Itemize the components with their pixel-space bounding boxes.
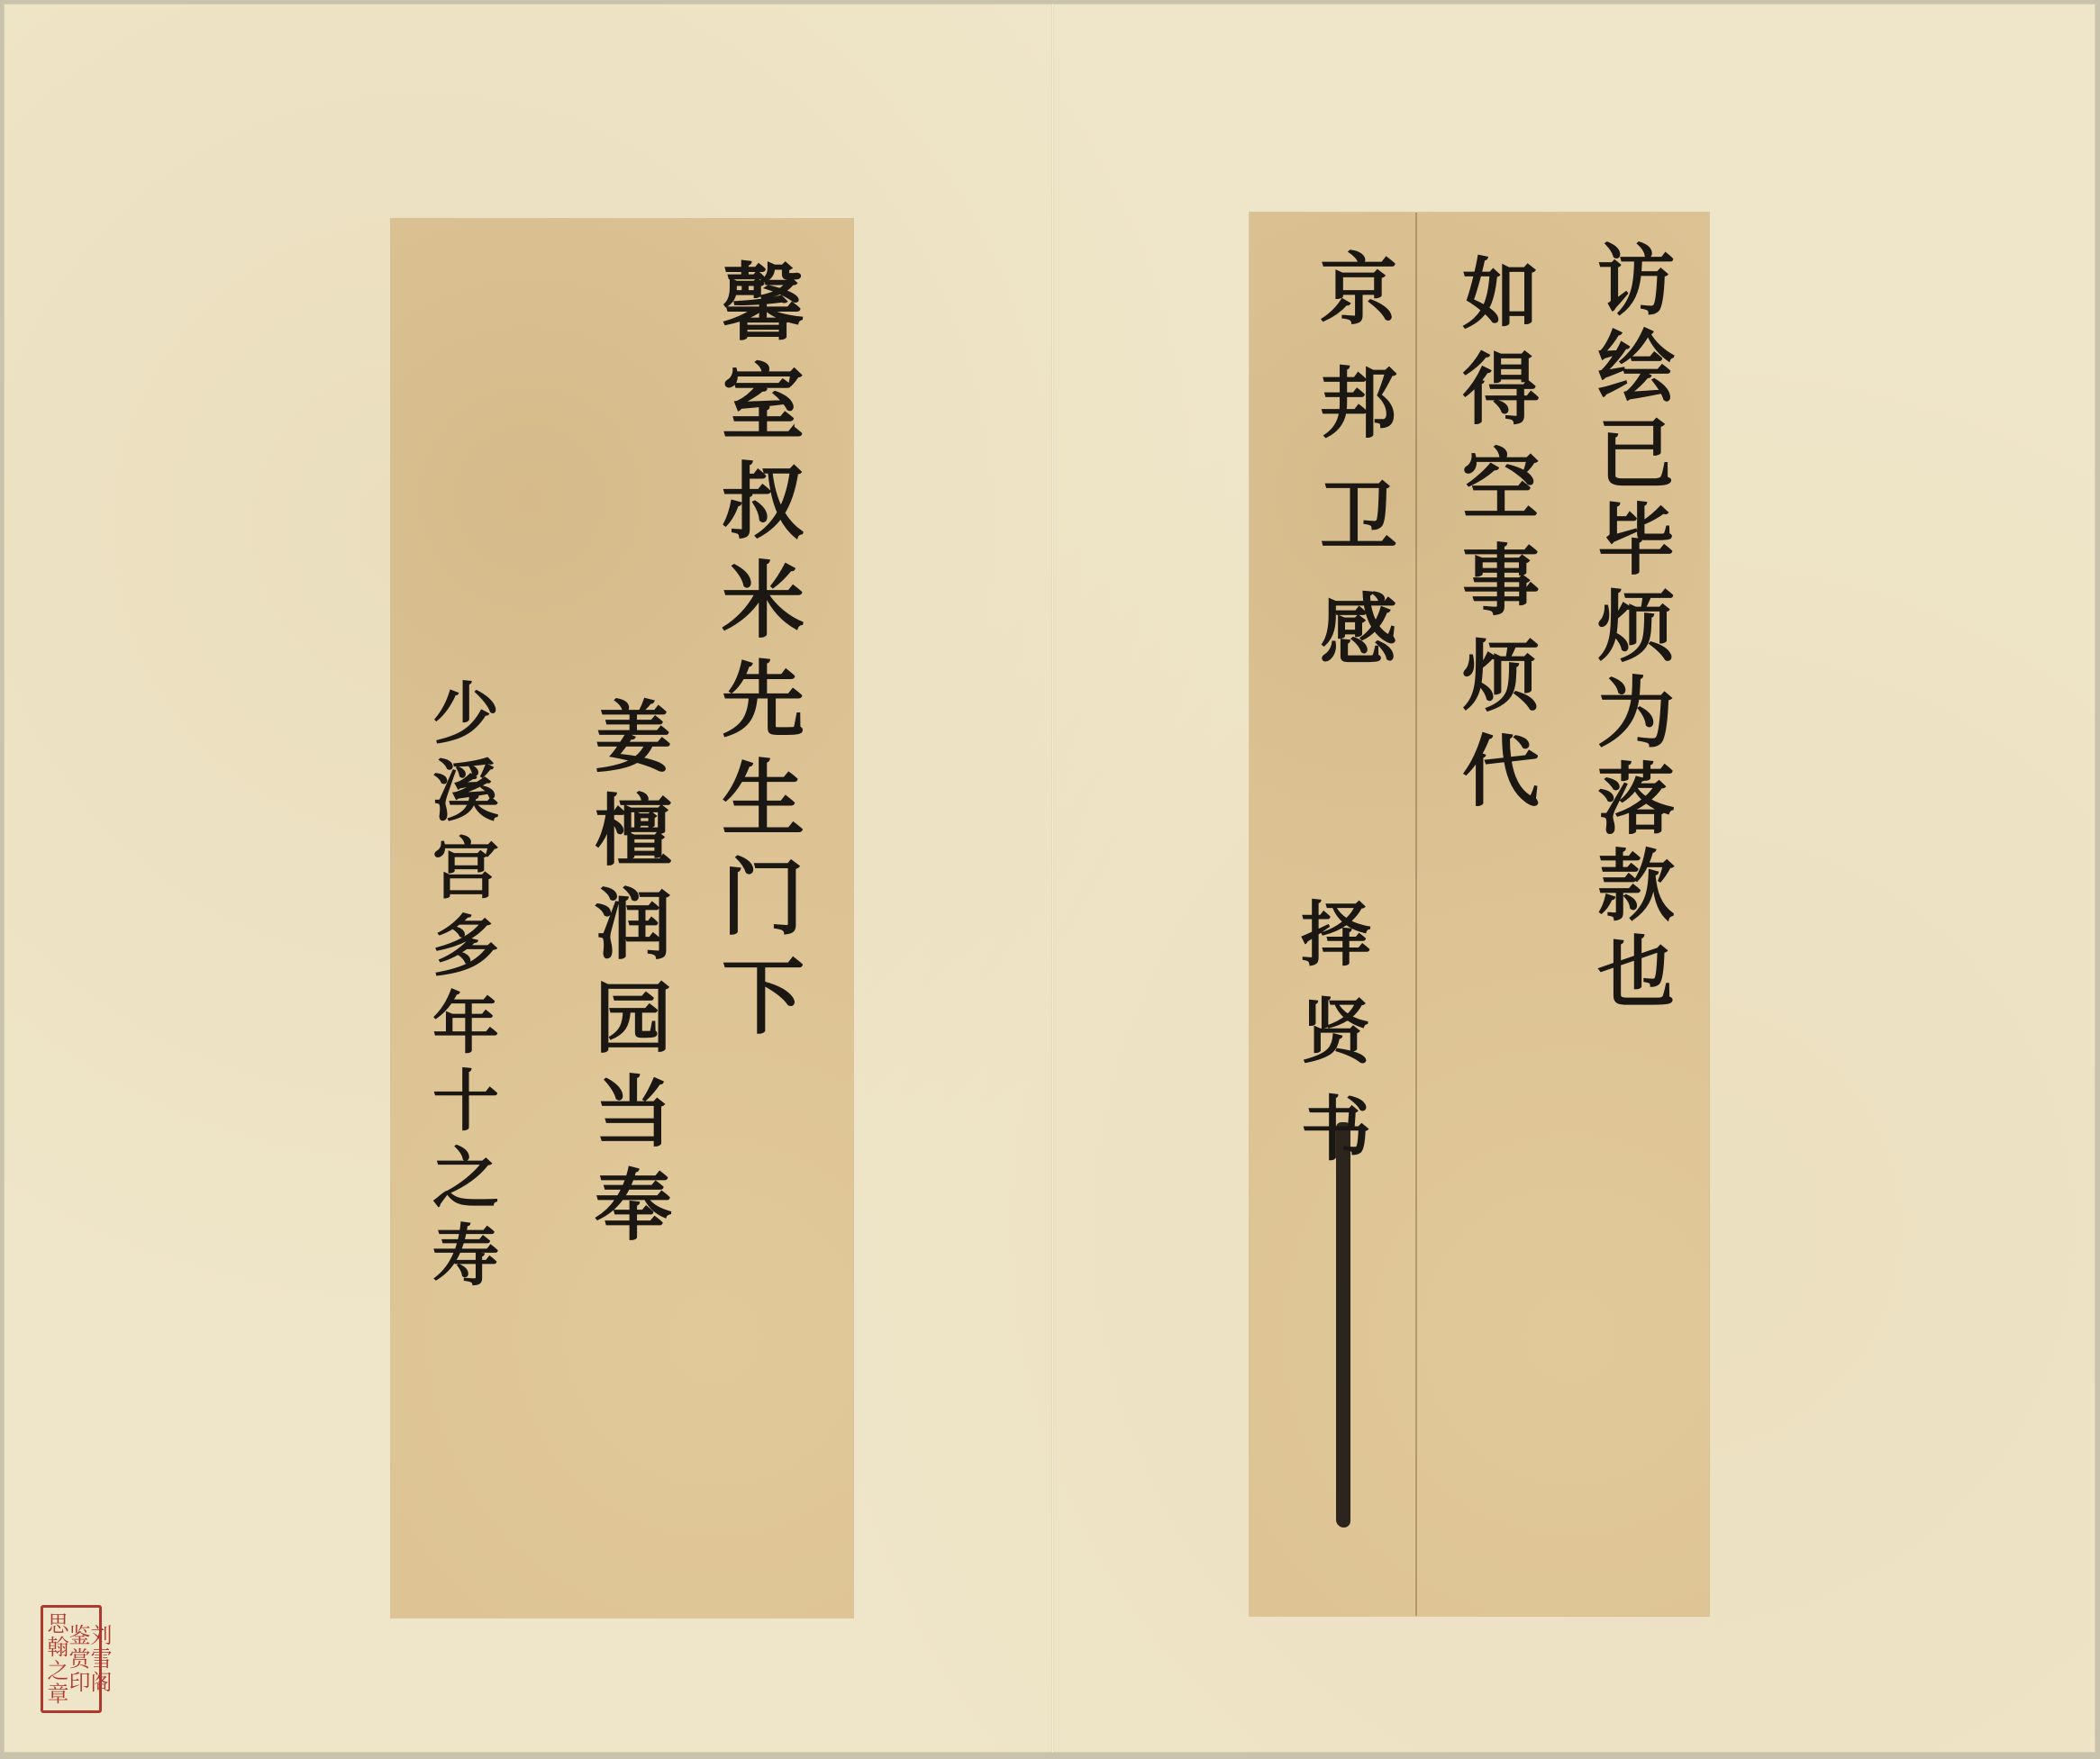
- seal-column-2: 鉴赏印: [67, 1624, 88, 1694]
- album-mount: 馨室叔米先生门下 姜檀润园当奉 少溪宫多年十之寿 访绘已毕烦为落款也 如得空事烦…: [4, 4, 2095, 1753]
- right-letter-leaf: 访绘已毕烦为落款也 如得空事烦代 京邦卫感 择贤书: [1250, 213, 1709, 1616]
- left-letter-leaf: 馨室叔米先生门下 姜檀润园当奉 少溪宫多年十之寿: [391, 219, 853, 1618]
- calligraphy-column-2: 姜檀润园当奉: [587, 696, 665, 1258]
- seal-column-1: 刘雪阁: [88, 1624, 110, 1694]
- seal-column-3: 思翰之章: [45, 1612, 67, 1706]
- calligraphy-column-1: 馨室叔米先生门下: [715, 259, 798, 1052]
- calligraphy-column-1: 访绘已毕烦为落款也: [1590, 240, 1668, 1018]
- signature-column: 择贤书: [1295, 897, 1365, 1189]
- calligraphy-column-3: 京邦卫感: [1313, 249, 1390, 703]
- center-fold: [1051, 4, 1054, 1753]
- calligraphy-column-3: 少溪宫多年十之寿: [427, 678, 494, 1298]
- paper-seam: [1415, 213, 1417, 1616]
- signature-flourish-stroke: [1336, 1122, 1350, 1528]
- calligraphy-column-2: 如得空事烦代: [1455, 253, 1532, 826]
- collector-seal: 刘雪阁 鉴赏印 思翰之章: [41, 1605, 102, 1713]
